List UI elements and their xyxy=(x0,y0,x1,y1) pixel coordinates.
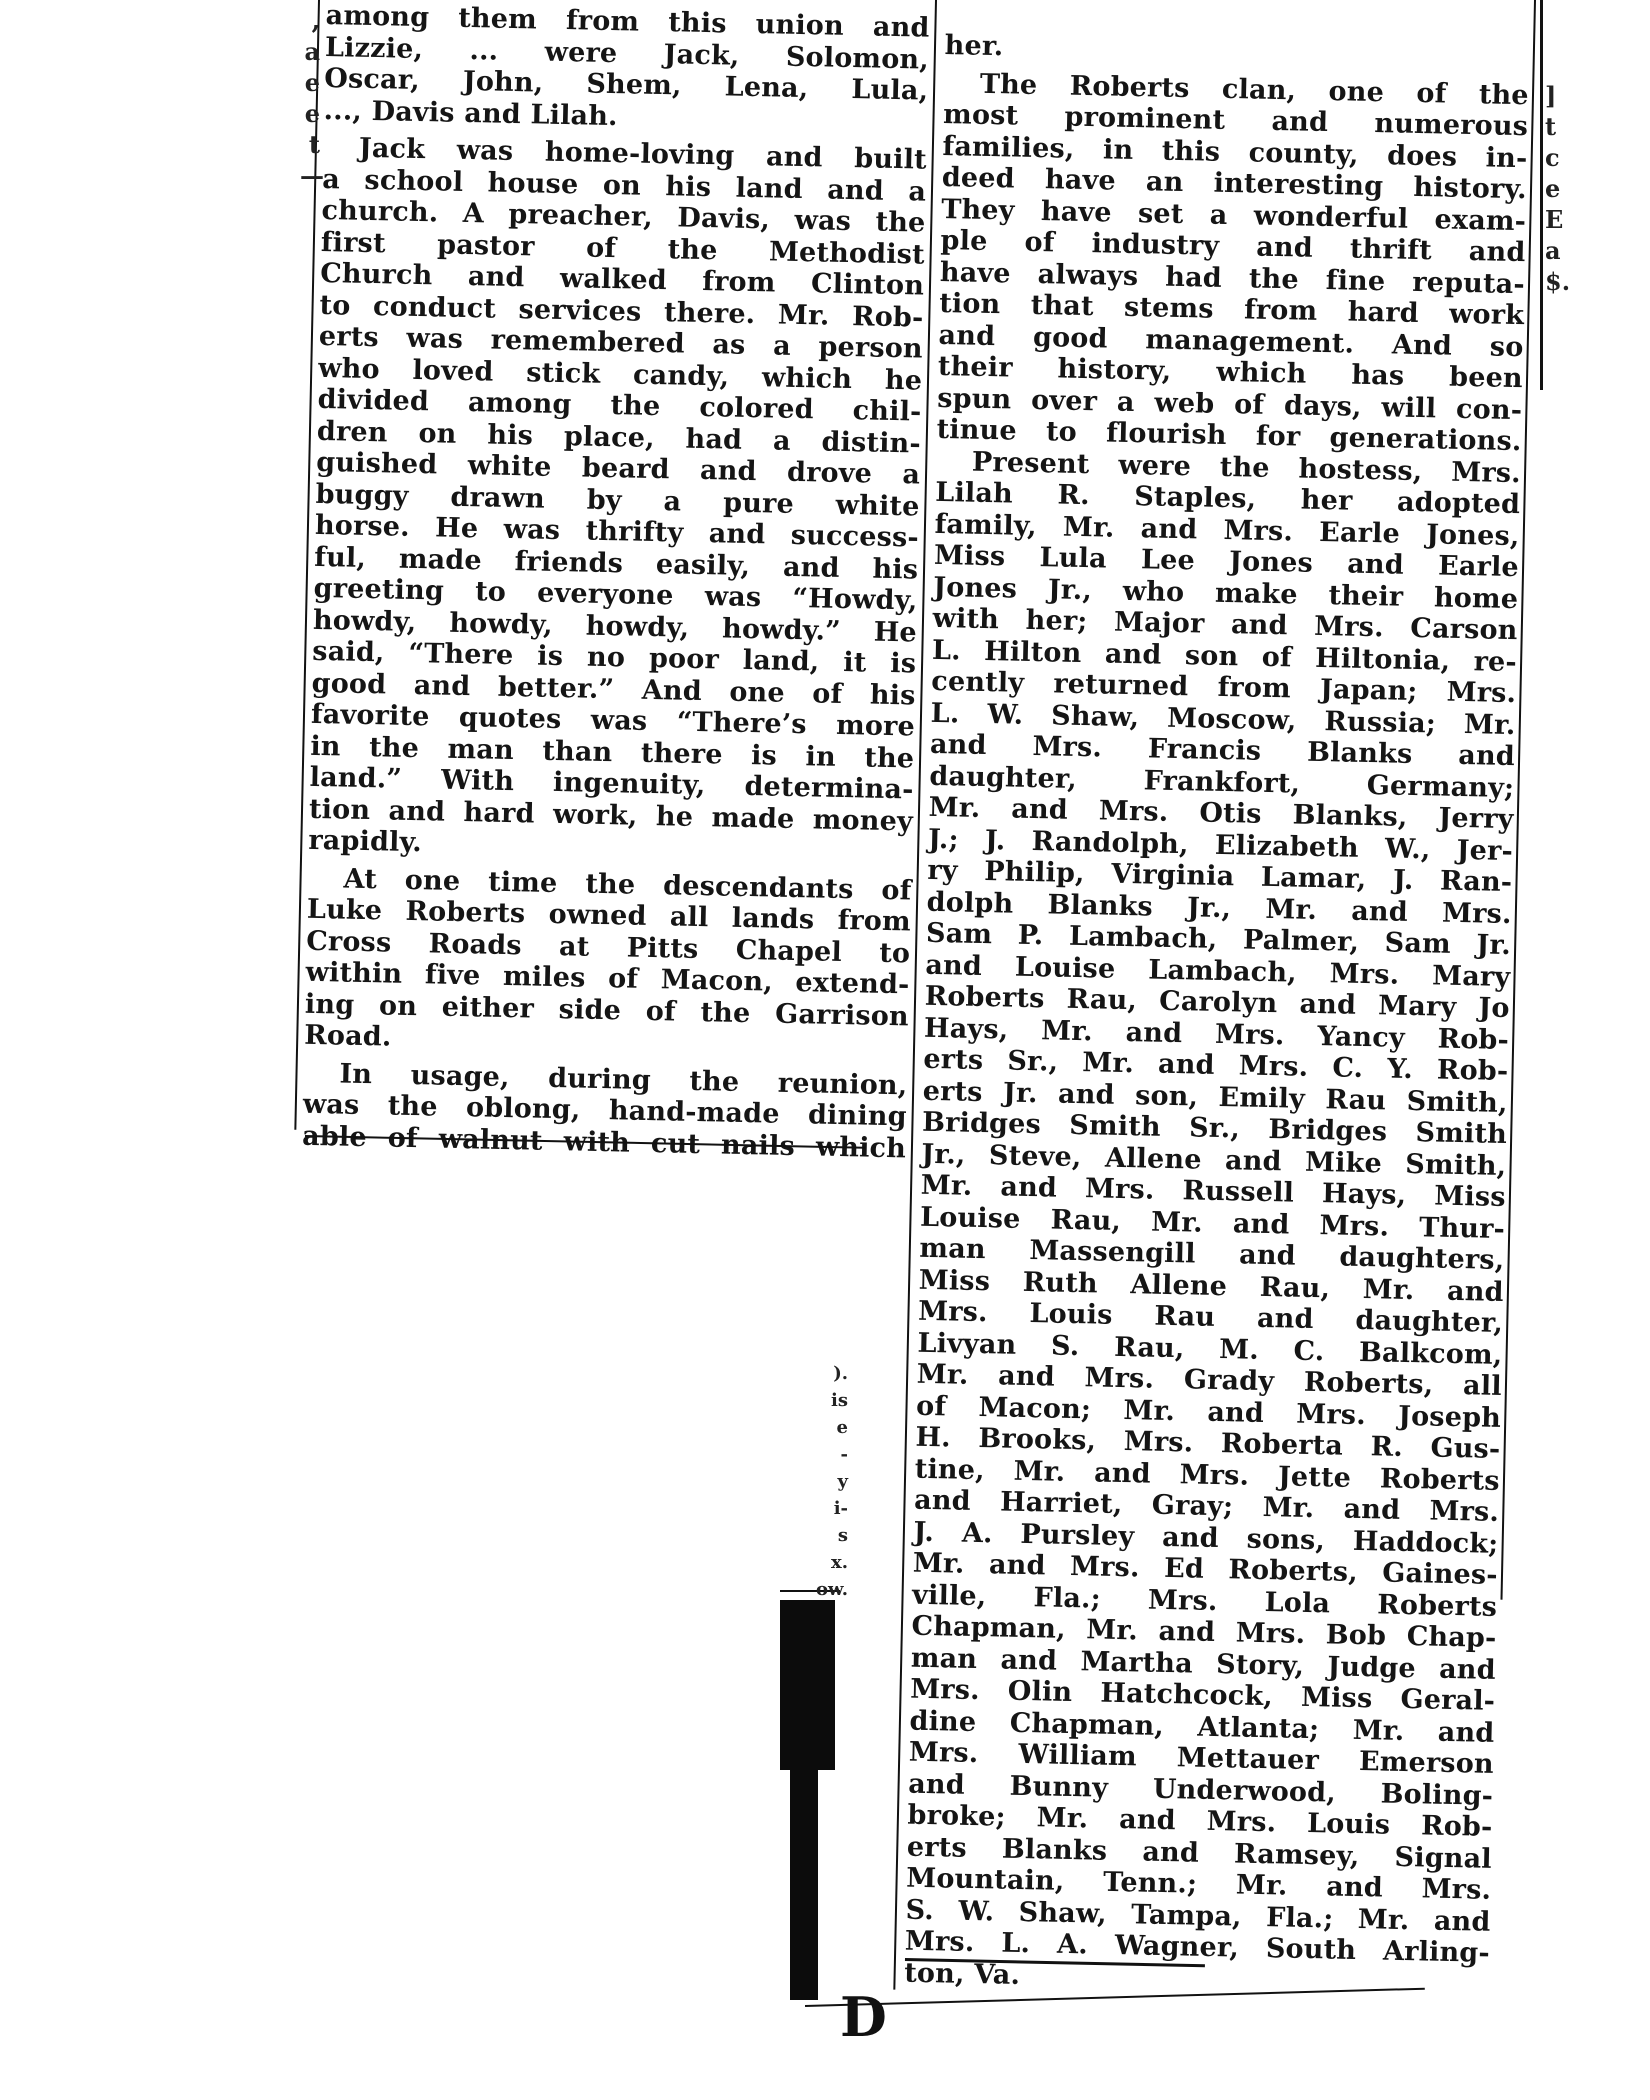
margin-fragment: a xyxy=(1545,235,1575,266)
margin-fragment: $. xyxy=(1545,266,1575,297)
right-margin-fragments: ]tceEa$. xyxy=(1545,80,1575,297)
lower-left-fragments: ).ise-yi-sx.ow. xyxy=(808,1360,848,1603)
article-column-left: among them from this union andLizzie, ..… xyxy=(302,0,930,1164)
article-column-right: her.The Roberts clan, one of themost pro… xyxy=(904,30,1530,2001)
margin-fragment: i- xyxy=(808,1495,848,1522)
margin-fragment: E xyxy=(1545,204,1575,235)
margin-fragment: t xyxy=(1545,111,1575,142)
scan-shadow xyxy=(780,1600,835,1770)
margin-fragment: ow. xyxy=(808,1576,848,1603)
margin-fragment: e xyxy=(1545,173,1575,204)
margin-fragment: e xyxy=(300,67,320,98)
margin-fragment: a xyxy=(300,36,320,67)
margin-fragment: c xyxy=(1545,142,1575,173)
page-rule-right-edge xyxy=(1540,0,1543,390)
margin-fragment: - xyxy=(808,1441,848,1468)
margin-fragment: e xyxy=(808,1414,848,1441)
margin-fragment: t xyxy=(300,129,320,160)
margin-fragment: s xyxy=(808,1522,848,1549)
margin-fragment: is xyxy=(808,1387,848,1414)
scan-shadow-strip xyxy=(790,1770,818,2000)
margin-fragment: — xyxy=(300,160,320,191)
margin-fragment: , xyxy=(300,5,320,36)
left-margin-fragments: ,aeet— xyxy=(300,5,320,191)
margin-fragment: y xyxy=(808,1468,848,1495)
margin-fragment: e xyxy=(300,98,320,129)
margin-fragment: x. xyxy=(808,1549,848,1576)
margin-fragment: ). xyxy=(808,1360,848,1387)
margin-fragment: ] xyxy=(1545,80,1575,111)
next-article-dropcap: D xyxy=(840,1985,887,2049)
